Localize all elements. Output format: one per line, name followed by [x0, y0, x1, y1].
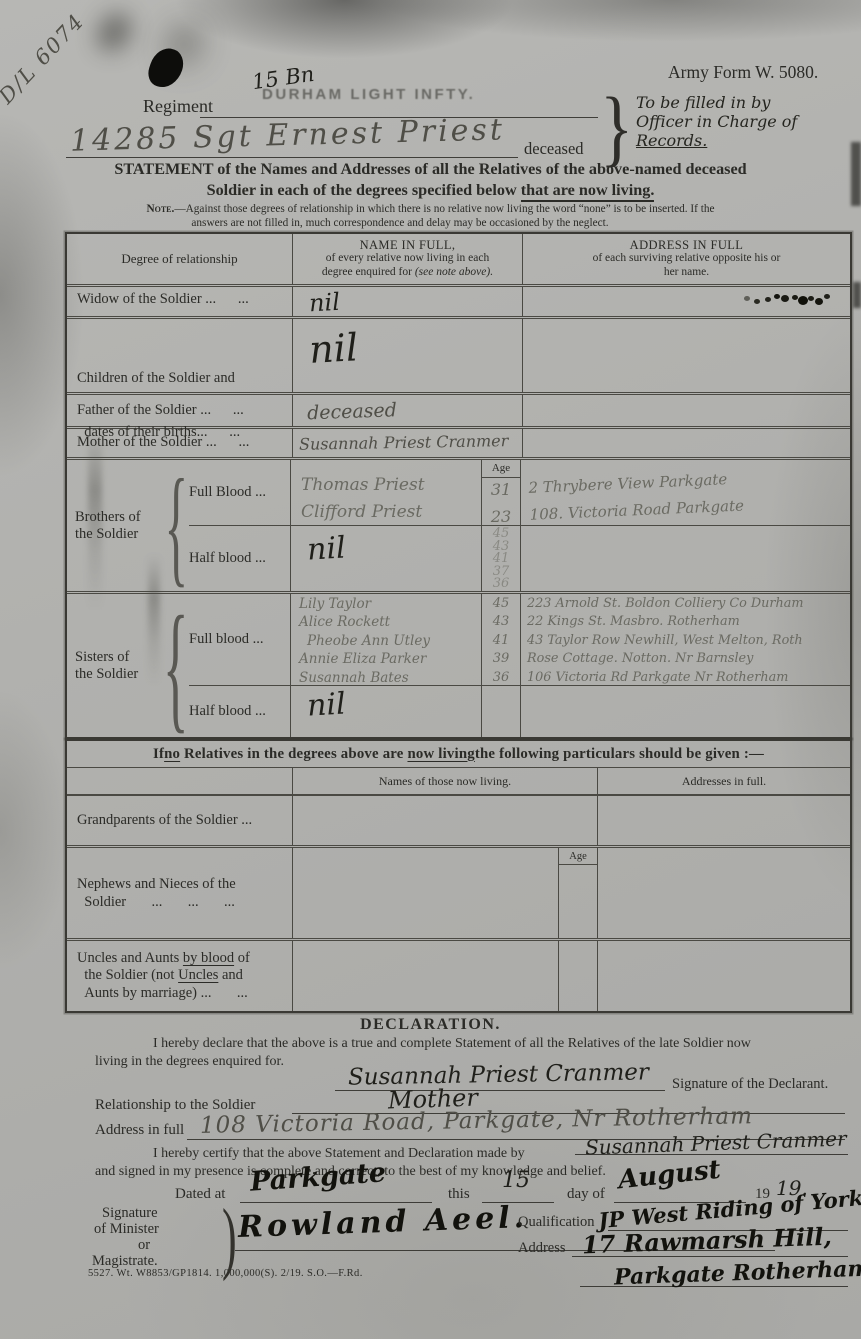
brothers-half-name-cell: nil	[290, 526, 481, 591]
sister-address: 43 Taylor Row Newhill, West Melton, Roth	[521, 632, 850, 650]
soldier-name-handwritten: 14285 Sgt Ernest Priest	[70, 112, 506, 158]
no-relatives-title-underline2: now living	[407, 746, 474, 763]
deceased-label: deceased	[524, 139, 584, 159]
minister-label-line3: or	[138, 1237, 150, 1254]
brothers-group-label-line2: the Soldier	[75, 526, 163, 543]
header-addresses-in-full: Addresses in full.	[597, 768, 850, 794]
sisters-group-row: Sisters of the Soldier { Full blood ... …	[67, 591, 850, 737]
uncles-l2-pre: the Soldier (not	[77, 967, 178, 983]
widow-value-handwritten: nil	[292, 286, 340, 318]
brother-age: 31	[482, 476, 520, 503]
sisters-full-blood-label: Full blood ...	[189, 594, 290, 686]
minister-signature-handwritten: Rowland Aeel.	[237, 1200, 528, 1245]
brother-name: Clifford Priest	[291, 499, 481, 526]
no-relatives-header: Names of those now living. Addresses in …	[67, 768, 850, 796]
dated-at-underline	[240, 1202, 432, 1203]
header-name-line3-italic: (see note above).	[415, 266, 493, 278]
sisters-brace: {	[163, 594, 189, 737]
header-address-line3: her name.	[664, 266, 709, 280]
nephews-label: Nephews and Nieces of the Soldier ... ..…	[67, 848, 292, 938]
header-name-line3-pre: degree enquired for	[322, 266, 415, 278]
no-relatives-title-underline1: no	[164, 746, 180, 763]
no-relatives-title-pre: If	[153, 746, 164, 763]
sister-age: 45	[482, 595, 520, 613]
father-address-cell	[522, 395, 850, 426]
note-line2: answers are not filled in, much correspo…	[0, 217, 800, 229]
header-name-line3: degree enquired for (see note above).	[322, 266, 493, 280]
mother-name-cell: Susannah Priest Cranmer	[292, 429, 522, 457]
widow-name-cell: nil	[292, 287, 522, 316]
note-label: Note.	[146, 203, 174, 215]
brothers-group-row: Brothers of the Soldier { Full Blood ...…	[67, 457, 850, 591]
note-line1: Note.—Against those degrees of relations…	[0, 203, 861, 215]
sisters-half-value-handwritten: nil	[290, 685, 346, 725]
relatives-table-header: Degree of relationship NAME IN FULL, of …	[67, 234, 850, 284]
ink-blot	[145, 44, 188, 92]
nephews-names-cell	[292, 848, 558, 938]
minister-address-label: Address	[518, 1240, 566, 1257]
sister-name: Annie Eliza Parker	[291, 650, 481, 668]
header-address-line1: ADDRESS IN FULL	[630, 239, 744, 253]
statement-title-line2-pre: Soldier in each of the degrees specified…	[207, 181, 521, 199]
sisters-brace-glyph: {	[163, 594, 189, 737]
age-column-header: Age	[559, 848, 597, 865]
no-relatives-title-mid: Relatives in the degrees above are	[180, 746, 407, 763]
no-relatives-table: If no Relatives in the degrees above are…	[65, 739, 852, 1013]
declaration-body-line2: living in the degrees enquired for.	[95, 1054, 284, 1070]
sister-address: 106 Victoria Rd Parkgate Nr Rotherham	[521, 669, 850, 686]
uncles-label-line3: Aunts by marriage) ... ...	[77, 985, 292, 1003]
header-address-line2: of each surviving relative opposite his …	[593, 252, 781, 266]
nephews-label-line2: Soldier ... ... ...	[77, 893, 292, 911]
brothers-half-address-cell	[520, 526, 850, 591]
address-label: Address in full	[95, 1122, 184, 1139]
uncles-label-line2: the Soldier (not Uncles and	[77, 967, 292, 985]
sister-age: 41	[482, 632, 520, 650]
sister-age: 36	[482, 669, 520, 687]
mother-value-handwritten: Susannah Priest Cranmer	[293, 427, 509, 454]
brothers-half-age-cell: 45 43 41 37 36	[481, 526, 520, 591]
nephews-row: Nephews and Nieces of the Soldier ... ..…	[67, 845, 850, 938]
mother-address-cell	[522, 429, 850, 457]
declaration-body-line1: I hereby declare that the above is a tru…	[95, 1036, 751, 1052]
uncles-l2-post: and	[218, 967, 243, 983]
header-degree: Degree of relationship	[67, 234, 292, 284]
minister-label-line2: of Minister	[94, 1221, 159, 1238]
uncles-names-cell	[292, 941, 558, 1011]
uncles-address-cell	[597, 941, 850, 1011]
statement-title-underlined: that are now living.	[521, 181, 655, 202]
widow-label: Widow of the Soldier ... ...	[67, 287, 292, 316]
children-row: Children of the Soldier and dates of the…	[67, 316, 850, 392]
sister-address: 223 Arnold St. Boldon Colliery Co Durham	[521, 595, 850, 613]
brothers-brace-glyph: {	[164, 459, 188, 591]
sister-name: Susannah Bates	[291, 669, 481, 687]
children-label-line1: Children of the Soldier and	[77, 369, 288, 387]
header-name-in-full: NAME IN FULL, of every relative now livi…	[292, 234, 522, 284]
children-label: Children of the Soldier and dates of the…	[67, 319, 292, 392]
widow-row: Widow of the Soldier ... ... nil	[67, 284, 850, 316]
brothers-group-label-line1: Brothers of	[75, 509, 163, 526]
scanned-form-page: D/L 6074 Army Form W. 5080. 15 Bn Regime…	[0, 0, 861, 1339]
header-names-now-living: Names of those now living.	[292, 768, 597, 794]
qualification-label: Qualification	[518, 1214, 595, 1231]
no-relatives-title: If no Relatives in the degrees above are…	[67, 741, 850, 768]
fill-note-line3: Records.	[636, 131, 707, 150]
soldier-underline	[66, 157, 518, 158]
grandparents-address-cell	[597, 796, 850, 845]
sisters-age-cell: 45 43 41 39 36	[481, 594, 520, 686]
day-of-label: day of	[567, 1186, 605, 1203]
children-value-handwritten: nil	[292, 317, 359, 372]
declarant-signature-label: Signature of the Declarant.	[672, 1076, 828, 1093]
brothers-full-addresses: 2 Thrybere View Parkgate 108. Victoria R…	[520, 460, 850, 526]
brothers-group-label: Brothers of the Soldier	[67, 460, 163, 591]
header-blank	[67, 768, 292, 794]
ink-spatter	[774, 294, 780, 299]
nephews-address-cell	[597, 848, 850, 938]
regiment-stamp: DURHAM LIGHT INFTY.	[262, 86, 475, 103]
note-text1: —Against those degrees of relationship i…	[174, 203, 714, 215]
sisters-full-names: Lily Taylor Alice Rockett Pheobe Ann Utl…	[290, 594, 481, 686]
father-row: Father of the Soldier ... ... deceased	[67, 392, 850, 426]
sister-name: Lily Taylor	[291, 595, 481, 613]
header-name-line1: NAME IN FULL,	[360, 239, 456, 253]
nephews-age-cell: Age	[558, 848, 597, 938]
age-column-header: Age	[482, 460, 520, 478]
sisters-half-name-cell: nil	[290, 686, 481, 737]
sister-name: Alice Rockett	[291, 613, 481, 631]
sister-age: 39	[482, 650, 520, 668]
declaration-heading: DECLARATION.	[0, 1016, 861, 1034]
header-address-in-full: ADDRESS IN FULL of each surviving relati…	[522, 234, 850, 284]
minister-label-line1: Signature	[102, 1205, 158, 1222]
children-address-cell	[522, 319, 850, 392]
uncles-l1-underlined: by blood	[183, 950, 234, 966]
uncles-label: Uncles and Aunts by blood of the Soldier…	[67, 941, 292, 1011]
grandparents-names-cell	[292, 796, 597, 845]
uncles-l1-pre: Uncles and Aunts	[77, 950, 183, 966]
sisters-half-blood-label: Half blood ...	[189, 686, 290, 737]
uncles-label-line1: Uncles and Aunts by blood of	[77, 950, 292, 968]
fill-note-line1: To be filled in by	[636, 93, 770, 112]
sisters-full-addresses: 223 Arnold St. Boldon Colliery Co Durham…	[520, 594, 850, 686]
regiment-label: Regiment	[143, 96, 213, 117]
sister-address: 22 Kings St. Masbro. Rotherham	[521, 613, 850, 631]
grandparents-label: Grandparents of the Soldier ...	[67, 796, 292, 845]
fill-note-line2: Officer in Charge of	[636, 112, 797, 131]
uncles-l1-post: of	[234, 950, 250, 966]
month-handwritten: August	[617, 1155, 722, 1196]
minister-brace-glyph: )	[222, 1198, 237, 1278]
sister-name: Pheobe Ann Utley	[291, 632, 481, 650]
sister-address: Rose Cottage. Notton. Nr Barnsley	[521, 650, 850, 668]
edge-blot	[853, 282, 861, 308]
sisters-group-label: Sisters of the Soldier	[67, 594, 163, 737]
brother-name: Thomas Priest	[291, 472, 481, 499]
dated-at-label: Dated at	[175, 1186, 225, 1203]
sisters-group-label-line1: Sisters of	[75, 649, 163, 666]
brothers-brace: {	[163, 460, 189, 591]
declarant-signature-underline	[335, 1090, 665, 1091]
sisters-group-label-line2: the Soldier	[75, 666, 163, 683]
this-label: this	[448, 1186, 470, 1203]
ghost-age: 36	[482, 578, 520, 591]
father-label: Father of the Soldier ... ...	[67, 395, 292, 426]
uncles-l2-underlined: Uncles	[178, 967, 218, 983]
uncles-age-cell	[558, 941, 597, 1011]
sisters-half-address-cell	[520, 686, 850, 737]
no-relatives-title-post: the following particulars should be give…	[475, 746, 764, 763]
uncles-row: Uncles and Aunts by blood of the Soldier…	[67, 938, 850, 1011]
header-name-line2: of every relative now living in each	[326, 252, 490, 266]
brace-glyph: }	[600, 84, 633, 170]
grandparents-row: Grandparents of the Soldier ...	[67, 796, 850, 845]
children-name-cell: nil	[292, 319, 522, 392]
form-number: Army Form W. 5080.	[668, 62, 818, 83]
sister-age: 43	[482, 613, 520, 631]
brothers-age-cell: Age 31 23	[481, 460, 520, 526]
father-value-handwritten: deceased	[293, 393, 398, 425]
nephews-label-line1: Nephews and Nieces of the	[77, 875, 292, 893]
statement-title-line2: Soldier in each of the degrees specified…	[0, 181, 861, 200]
widow-address-cell	[522, 287, 850, 316]
day-handwritten: 15	[502, 1168, 530, 1193]
sisters-half-age-cell	[481, 686, 520, 737]
relatives-table: Degree of relationship NAME IN FULL, of …	[65, 232, 852, 739]
brothers-half-value-handwritten: nil	[290, 525, 347, 569]
brothers-half-blood-label: Half blood ...	[189, 526, 290, 591]
corner-reference: D/L 6074	[0, 9, 89, 109]
father-name-cell: deceased	[292, 395, 522, 426]
statement-title-line1: STATEMENT of the Names and Addresses of …	[0, 160, 861, 179]
print-code: 5527. Wt. W8853/GP1814. 1,000,000(S). 2/…	[88, 1268, 363, 1279]
brothers-full-names: Thomas Priest Clifford Priest	[290, 460, 481, 526]
certify-line1: I hereby certify that the above Statemen…	[95, 1146, 525, 1162]
